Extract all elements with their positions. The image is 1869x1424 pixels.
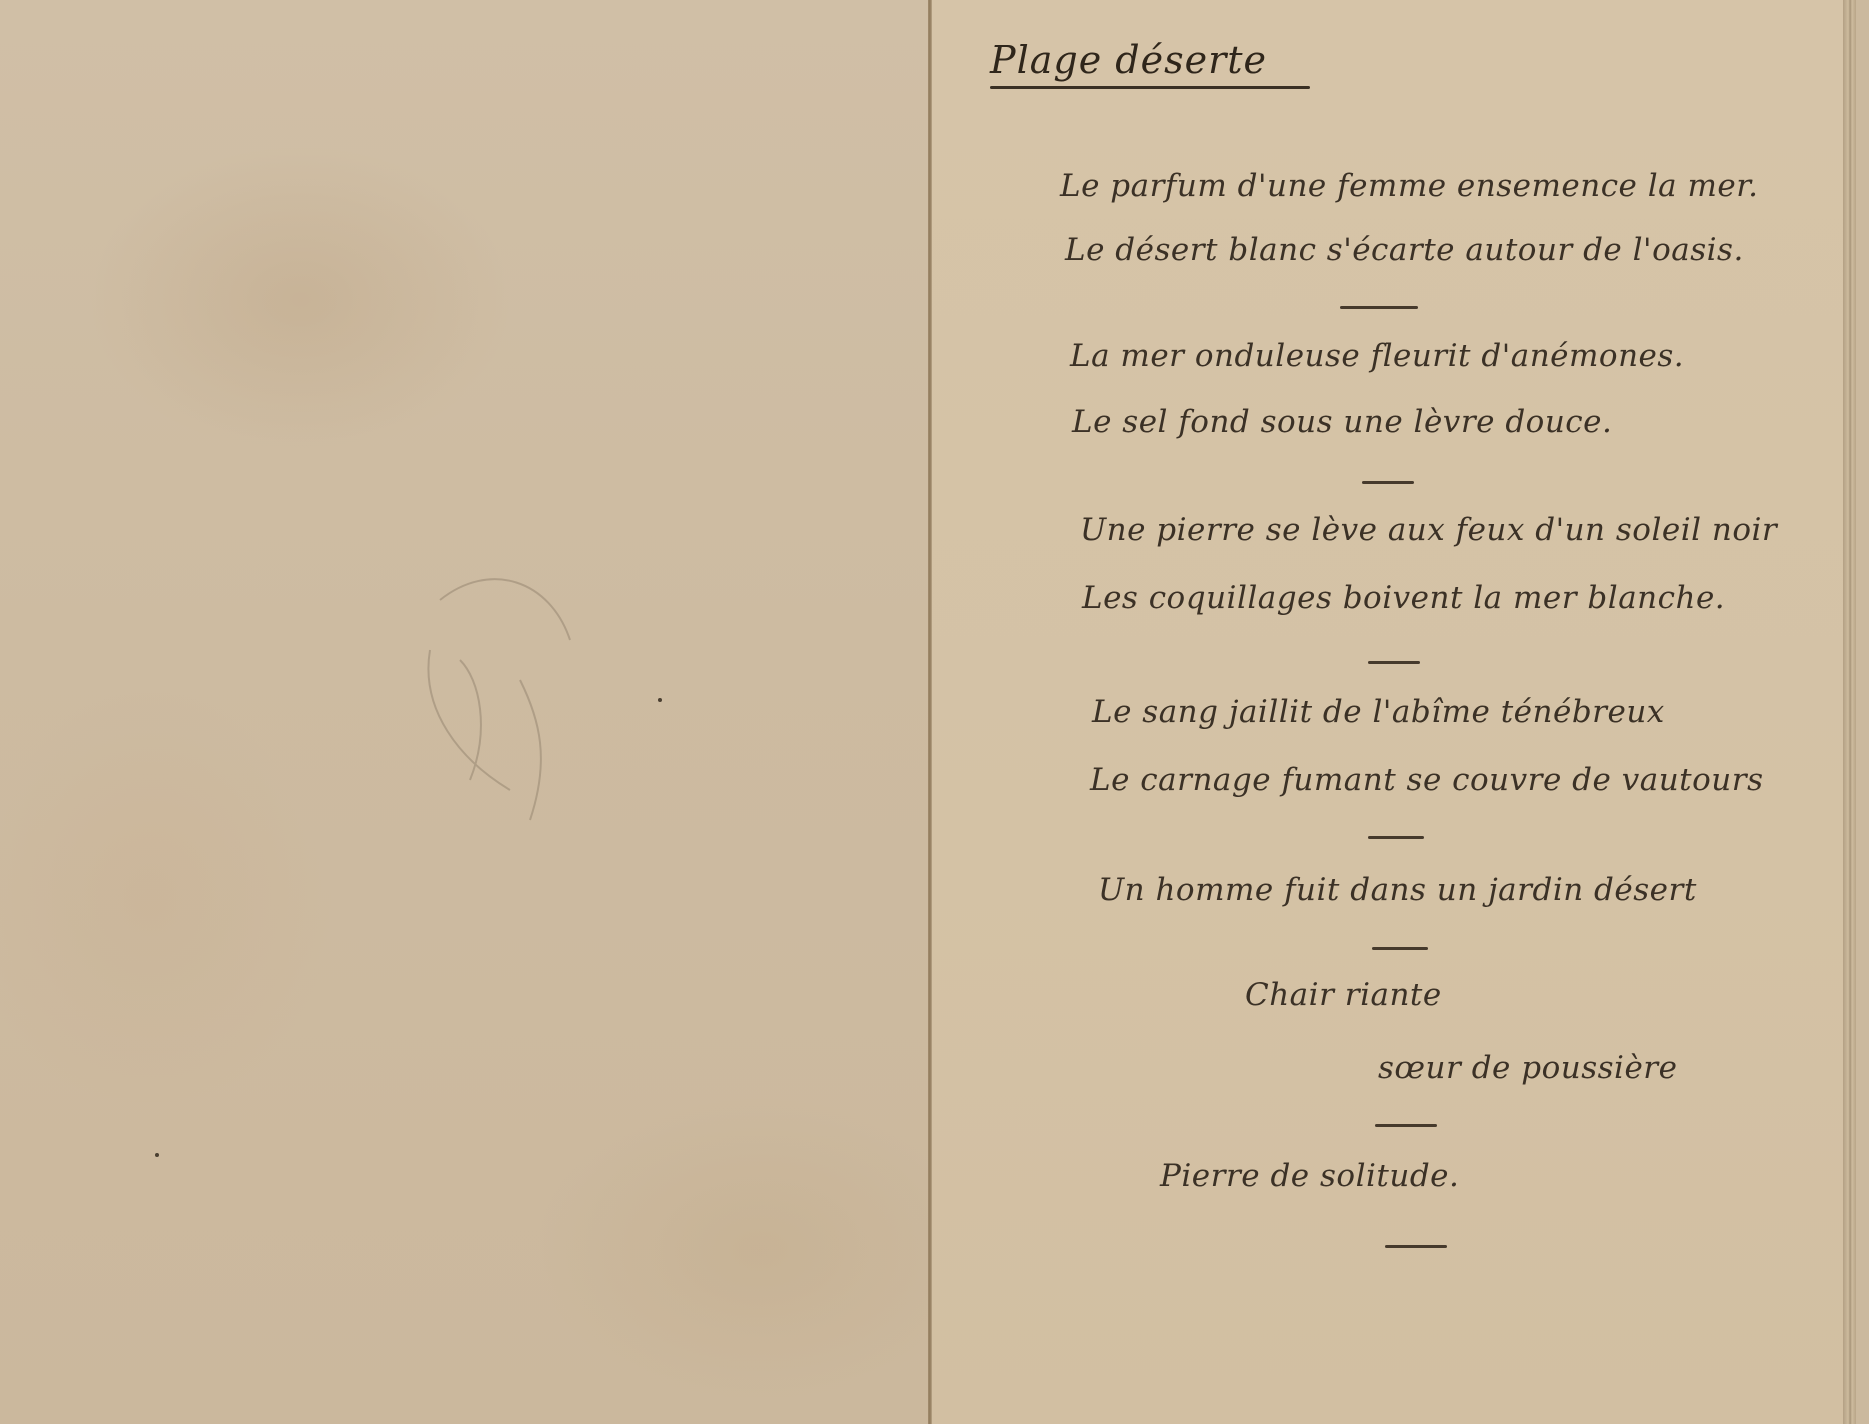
open-booklet: Plage déserte Le parfum d'une femme ense… — [0, 0, 1869, 1424]
stanza-divider — [1385, 1245, 1447, 1248]
poem-line: La mer onduleuse fleurit d'anémones. — [1070, 338, 1684, 374]
stanza-divider — [1368, 661, 1420, 664]
title-underline — [990, 86, 1310, 89]
stanza-divider — [1372, 947, 1428, 950]
stanza-divider — [1362, 481, 1414, 484]
poem-title: Plage déserte — [990, 38, 1267, 82]
ink-speck — [658, 698, 662, 702]
poem-line: Chair riante — [1245, 977, 1442, 1013]
left-page — [0, 0, 930, 1424]
poem-line: Pierre de solitude. — [1160, 1158, 1459, 1194]
poem-line: Le sel fond sous une lèvre douce. — [1072, 404, 1612, 440]
poem-line: Une pierre se lève aux feux d'un soleil … — [1080, 512, 1777, 548]
poem-line: Le désert blanc s'écarte autour de l'oas… — [1065, 232, 1744, 268]
stanza-divider — [1375, 1124, 1437, 1127]
poem-line: sœur de poussière — [1378, 1050, 1677, 1086]
poem-line: Un homme fuit dans un jardin désert — [1098, 872, 1697, 908]
stanza-divider — [1368, 836, 1424, 839]
poem-line: Le parfum d'une femme ensemence la mer. — [1060, 168, 1759, 204]
page-edges — [1843, 0, 1856, 1424]
poem-line: Les coquillages boivent la mer blanche. — [1082, 580, 1725, 616]
stanza-divider — [1340, 306, 1418, 309]
faint-pencil-sketch — [400, 560, 600, 840]
ink-speck — [155, 1153, 159, 1157]
poem-line: Le sang jaillit de l'abîme ténébreux — [1092, 694, 1665, 730]
poem-line: Le carnage fumant se couvre de vautours — [1090, 762, 1763, 798]
